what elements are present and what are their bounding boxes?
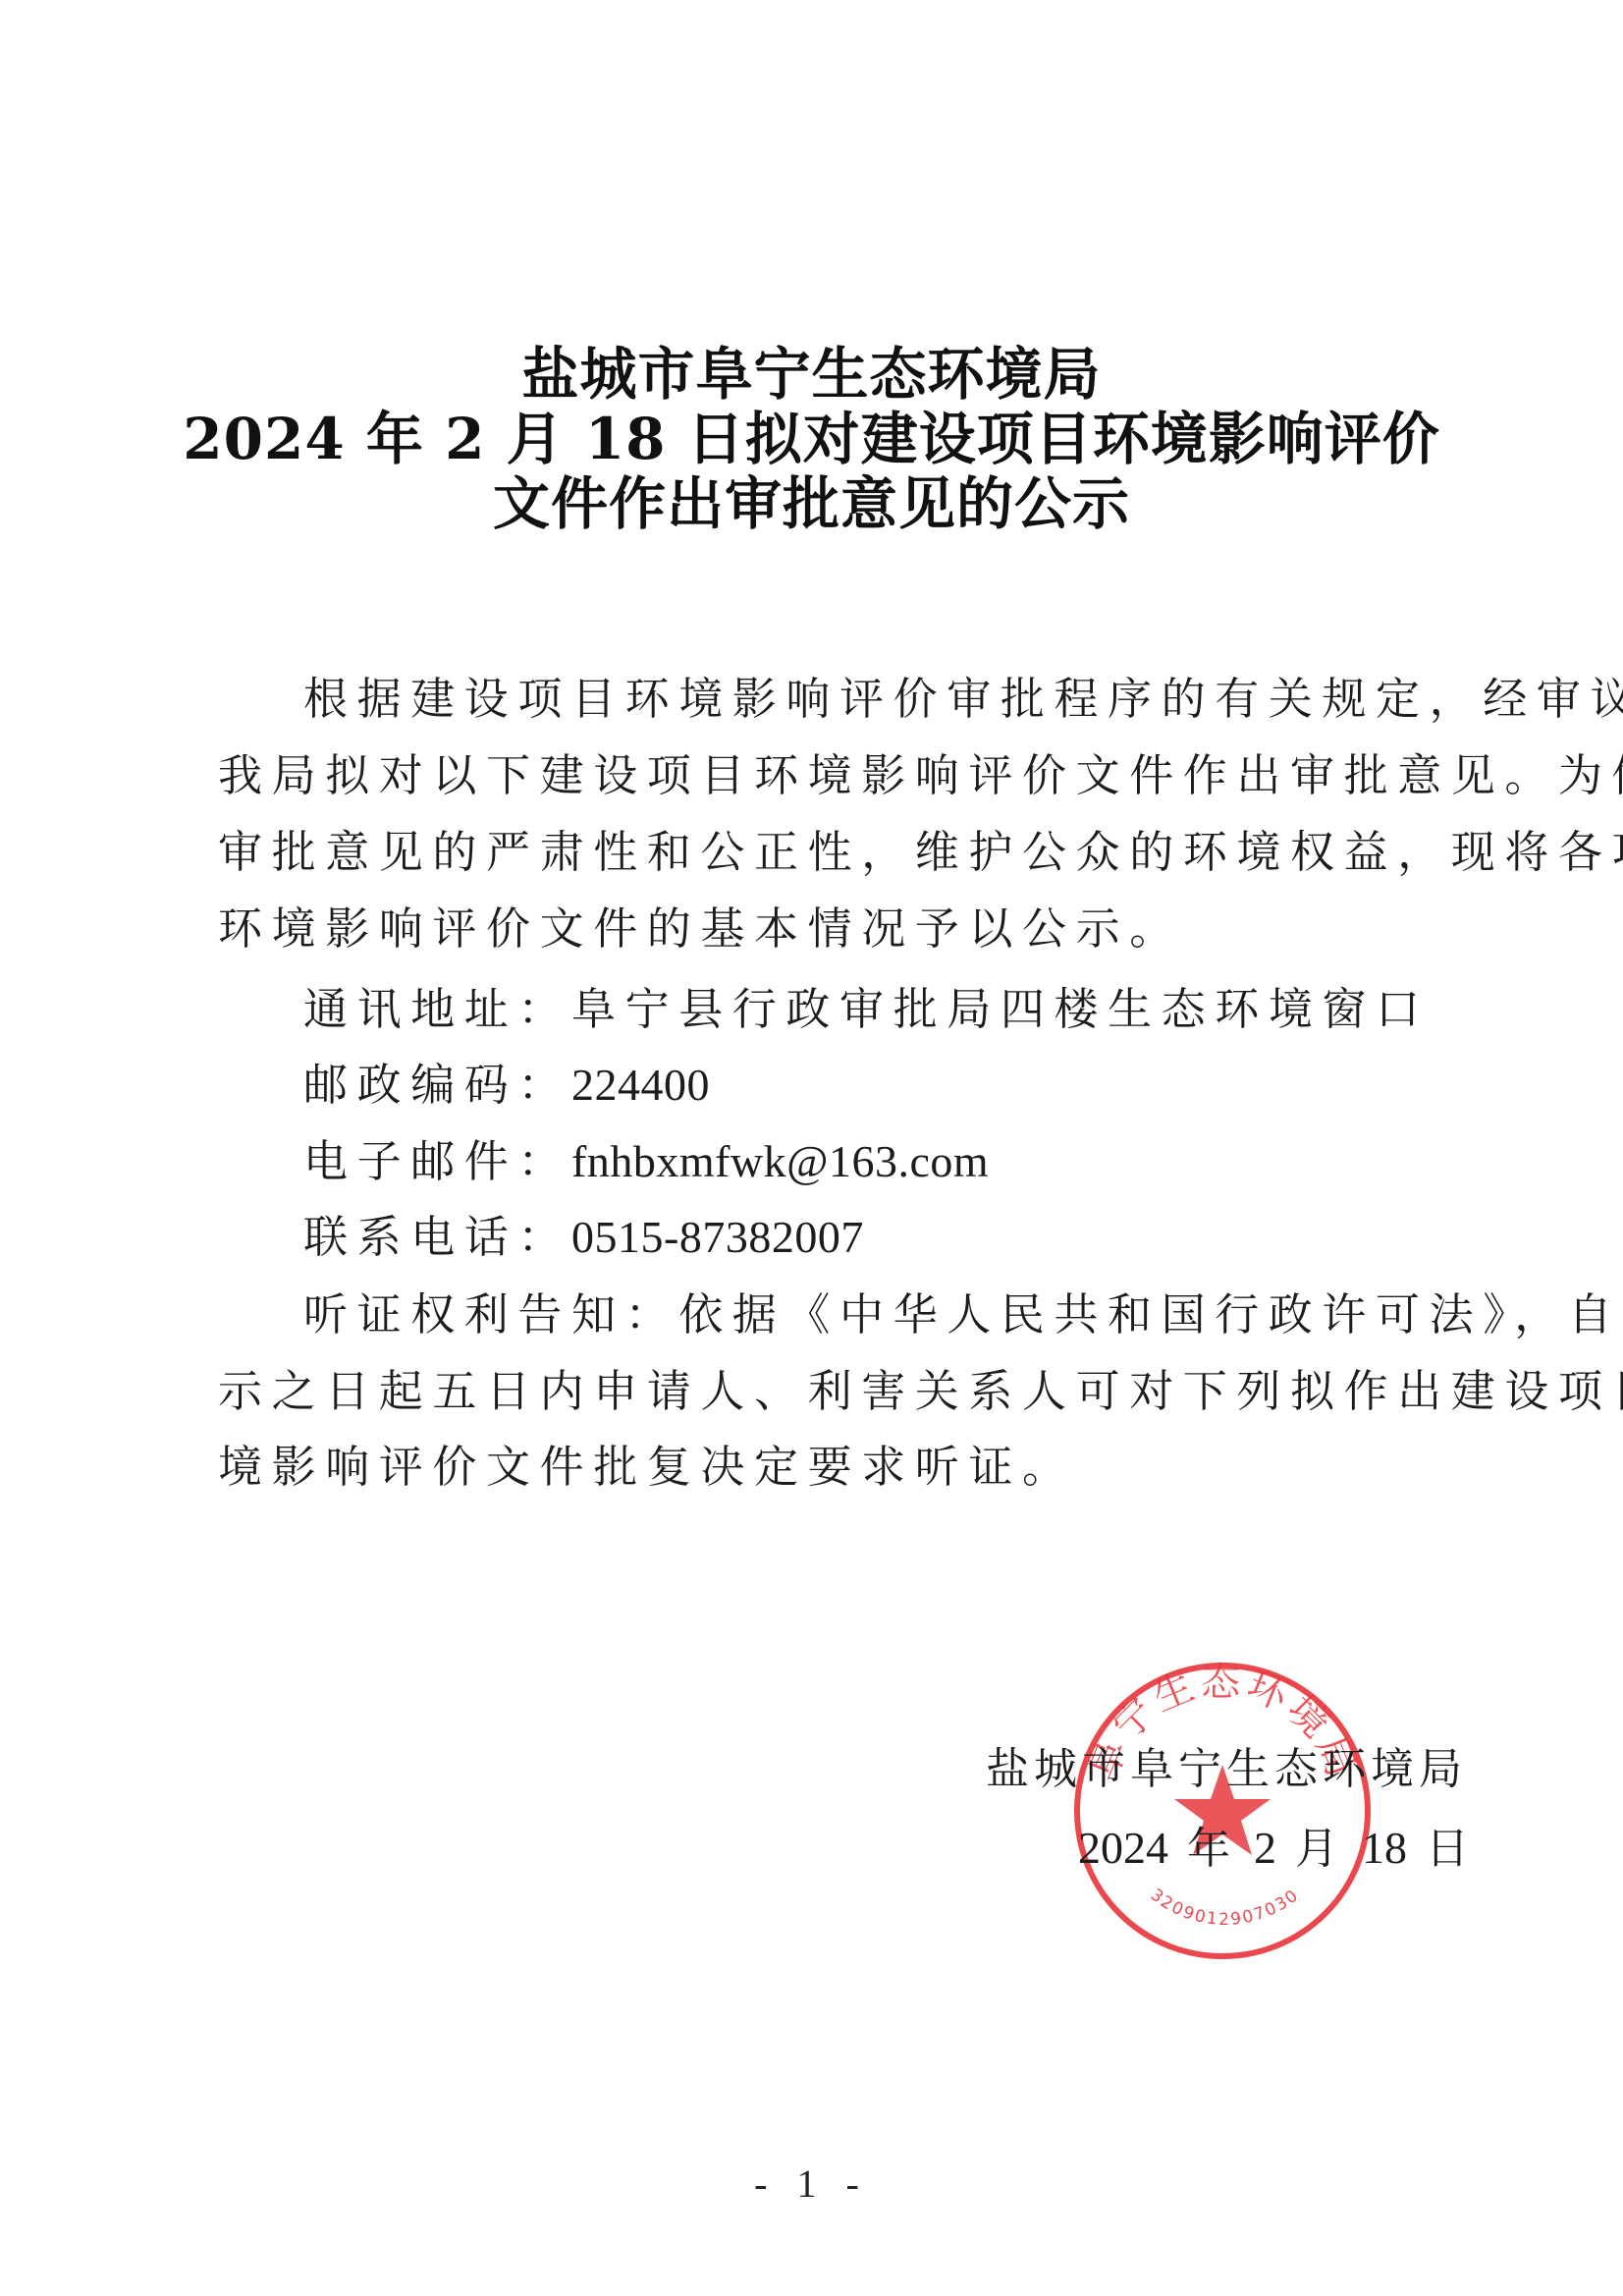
email-row: 电子邮件：fnhbxmfwk@163.com [303,1134,989,1189]
signature-org: 盐城市阜宁生态环境局 [986,1733,1467,1796]
signature-date: 2024 年 2 月 18 日 [1078,1813,1474,1876]
postcode-value: 224400 [571,1060,710,1110]
title-line-1: 盐城市阜宁生态环境局 [0,342,1623,407]
document-page: 盐城市阜宁生态环境局 2024 年 2 月 18 日拟对建设项目环境影响评价 文… [0,0,1623,2296]
postcode-label: 邮政编码： [303,1059,571,1111]
email-value[interactable]: fnhbxmfwk@163.com [571,1136,989,1186]
hearing-line: 示之日起五日内申请人、利害关系人可对下列拟作出建设项目环 [218,1364,1623,1419]
date-day-unit: 日 [1426,1824,1474,1874]
hearing-line: 听证权利告知：依据《中华人民共和国行政许可法》，自公 [303,1287,1623,1342]
phone-row: 联系电话：0515-87382007 [303,1210,864,1265]
address-label: 通讯地址： [303,983,571,1035]
document-title: 盐城市阜宁生态环境局 2024 年 2 月 18 日拟对建设项目环境影响评价 文… [0,342,1623,536]
date-day: 18 [1362,1823,1407,1873]
address-value: 阜宁县行政审批局四楼生态环境窗口 [571,983,1430,1035]
date-month-unit: 月 [1295,1824,1343,1874]
address-row: 通讯地址：阜宁县行政审批局四楼生态环境窗口 [303,982,1430,1037]
phone-value: 0515-87382007 [571,1212,864,1262]
intro-line: 我局拟对以下建设项目环境影响评价文件作出审批意见。为保证 [218,748,1623,803]
title-line-3: 文件作出审批意见的公示 [0,471,1623,536]
title-line-2: 2024 年 2 月 18 日拟对建设项目环境影响评价 [0,407,1623,471]
date-year-unit: 年 [1187,1824,1235,1874]
email-label: 电子邮件： [303,1135,571,1187]
seal-code: 3209012907030 [1147,1886,1304,1930]
official-seal-stamp: 阜宁生态环境局 3209012907030 [1070,1659,1375,1963]
phone-label: 联系电话： [303,1211,571,1263]
intro-line: 环境影响评价文件的基本情况予以公示。 [218,902,1183,957]
page-number: - 1 - [0,2160,1623,2207]
intro-line: 根据建设项目环境影响评价审批程序的有关规定，经审议， [303,672,1623,727]
hearing-line: 境影响评价文件批复决定要求听证。 [218,1440,1076,1495]
intro-line: 审批意见的严肃性和公正性，维护公众的环境权益，现将各项目 [218,825,1623,880]
postcode-row: 邮政编码：224400 [303,1058,710,1113]
svg-text:3209012907030: 3209012907030 [1147,1886,1304,1930]
date-month: 2 [1254,1823,1276,1873]
date-year: 2024 [1078,1823,1168,1873]
